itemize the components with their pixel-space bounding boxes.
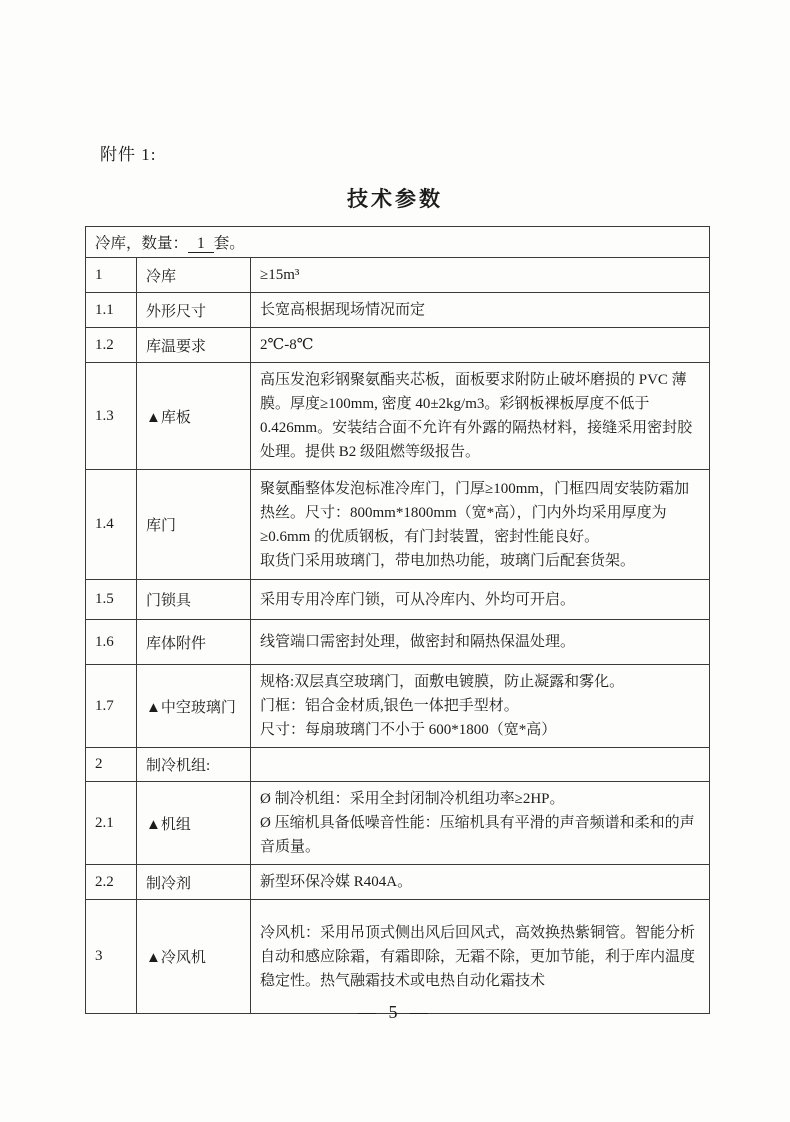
row-spec: Ø 制冷机组：采用全封闭制冷机组功率≥2HP。 Ø 压缩机具备低噪音性能：压缩机… [251, 782, 710, 865]
row-item: 门锁具 [137, 580, 251, 620]
caption-prefix: 冷库，数量： [95, 235, 188, 252]
row-no: 1.5 [86, 580, 137, 620]
row-no: 2.2 [86, 865, 137, 900]
table-row: 1.3 ▲库板 高压发泡彩钢聚氨酯夹芯板，面板要求附防止破坏磨损的 PVC 薄膜… [86, 363, 710, 470]
row-spec: 新型环保冷媒 R404A。 [251, 865, 710, 900]
row-item: ▲中空玻璃门 [137, 665, 251, 748]
row-spec: 规格:双层真空玻璃门，面敷电镀膜，防止凝露和雾化。 门框：铝合金材质,银色一体把… [251, 665, 710, 748]
table-row: 1.4 库门 聚氨酯整体发泡标准冷库门，门厚≥100mm，门框四周安装防霜加热丝… [86, 470, 710, 580]
row-item: 制冷剂 [137, 865, 251, 900]
row-item: ▲机组 [137, 782, 251, 865]
table-row: 2 制冷机组: [86, 748, 710, 782]
row-spec: 线管端口需密封处理，做密封和隔热保温处理。 [251, 620, 710, 665]
table-caption: 冷库，数量：1套。 [86, 227, 710, 258]
row-item: 库体附件 [137, 620, 251, 665]
row-spec: 采用专用冷库门锁，可从冷库内、外均可开启。 [251, 580, 710, 620]
table-row: 2.1 ▲机组 Ø 制冷机组：采用全封闭制冷机组功率≥2HP。 Ø 压缩机具备低… [86, 782, 710, 865]
row-item: ▲库板 [137, 363, 251, 470]
row-no: 2.1 [86, 782, 137, 865]
table-row: 1.5 门锁具 采用专用冷库门锁，可从冷库内、外均可开启。 [86, 580, 710, 620]
row-item: 库温要求 [137, 328, 251, 363]
row-no: 1.3 [86, 363, 137, 470]
row-item: 制冷机组: [137, 748, 251, 782]
spec-table: 冷库，数量：1套。 1 冷库 ≥15m³ 1.1 外形尺寸 长宽高根据现场情况而… [85, 226, 710, 1014]
table-row: 1.2 库温要求 2℃-8℃ [86, 328, 710, 363]
row-no: 1.1 [86, 293, 137, 328]
row-spec: 冷风机：采用吊顶式侧出风后回风式，高效换热紫铜管。智能分析自动和感应除霜，有霜即… [251, 900, 710, 1014]
row-no: 2 [86, 748, 137, 782]
attachment-label: 附件 1: [100, 140, 156, 165]
caption-suffix: 套。 [214, 235, 245, 252]
row-no: 1.6 [86, 620, 137, 665]
table-caption-row: 冷库，数量：1套。 [86, 227, 710, 258]
row-item: 外形尺寸 [137, 293, 251, 328]
row-no: 1.2 [86, 328, 137, 363]
row-item: ▲冷风机 [137, 900, 251, 1014]
table-row: 1.7 ▲中空玻璃门 规格:双层真空玻璃门，面敷电镀膜，防止凝露和雾化。 门框：… [86, 665, 710, 748]
table-row: 1 冷库 ≥15m³ [86, 258, 710, 293]
document-page: 附件 1: 技术参数 冷库，数量：1套。 1 冷库 ≥15m³ 1.1 外形尺寸… [0, 0, 790, 1122]
row-spec: 聚氨酯整体发泡标准冷库门，门厚≥100mm，门框四周安装防霜加热丝。尺寸：800… [251, 470, 710, 580]
row-spec [251, 748, 710, 782]
table-row: 3 ▲冷风机 冷风机：采用吊顶式侧出风后回风式，高效换热紫铜管。智能分析自动和感… [86, 900, 710, 1014]
quantity-value: 1 [188, 235, 214, 253]
row-no: 1 [86, 258, 137, 293]
row-spec: 高压发泡彩钢聚氨酯夹芯板，面板要求附防止破坏磨损的 PVC 薄膜。厚度≥100m… [251, 363, 710, 470]
row-spec: 2℃-8℃ [251, 328, 710, 363]
page-number: — 5 — [0, 1002, 790, 1023]
row-no: 3 [86, 900, 137, 1014]
table-row: 2.2 制冷剂 新型环保冷媒 R404A。 [86, 865, 710, 900]
row-spec: ≥15m³ [251, 258, 710, 293]
table-row: 1.1 外形尺寸 长宽高根据现场情况而定 [86, 293, 710, 328]
row-item: 冷库 [137, 258, 251, 293]
row-no: 1.4 [86, 470, 137, 580]
row-spec: 长宽高根据现场情况而定 [251, 293, 710, 328]
row-item: 库门 [137, 470, 251, 580]
table-row: 1.6 库体附件 线管端口需密封处理，做密封和隔热保温处理。 [86, 620, 710, 665]
row-no: 1.7 [86, 665, 137, 748]
page-title: 技术参数 [0, 183, 790, 213]
